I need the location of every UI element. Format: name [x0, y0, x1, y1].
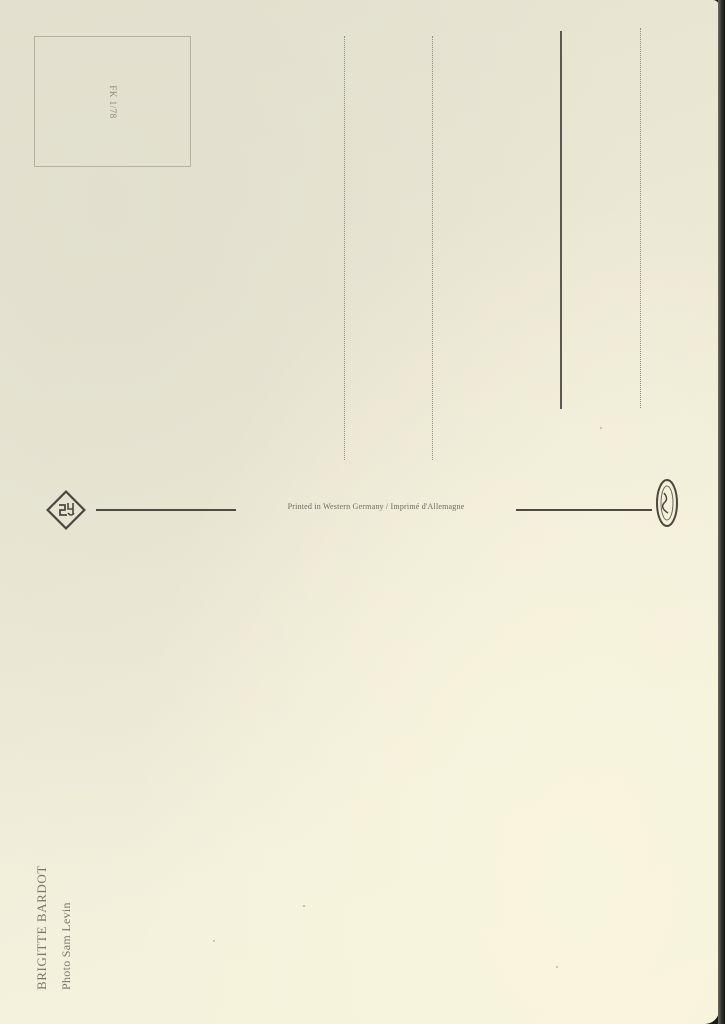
credit-title: BRIGITTE BARDOT — [30, 865, 54, 990]
divider-line-right — [516, 509, 652, 511]
address-line-4 — [640, 28, 641, 408]
credit-photographer: Photo Sam Levin — [54, 865, 78, 990]
address-line-1 — [344, 36, 345, 460]
divider-line-left — [96, 509, 236, 511]
paper-speck — [556, 966, 558, 968]
address-line-2 — [432, 36, 433, 460]
paper-speck — [600, 427, 602, 429]
oval-publisher-logo-icon — [654, 477, 680, 529]
photo-credits: BRIGITTE BARDOT Photo Sam Levin — [30, 865, 78, 990]
paper-speck — [213, 940, 215, 942]
diamond-monogram-logo-icon — [44, 488, 88, 532]
postcard-back: FK 1/78 Printed in Western Germany / Imp… — [0, 0, 719, 1024]
printing-credit: Printed in Western Germany / Imprimé d'A… — [236, 502, 516, 511]
address-line-3 — [560, 31, 562, 409]
stamp-code: FK 1/78 — [108, 85, 118, 118]
paper-speck — [303, 905, 305, 907]
card-edge-shadow — [718, 0, 725, 1024]
stamp-box: FK 1/78 — [34, 36, 191, 167]
